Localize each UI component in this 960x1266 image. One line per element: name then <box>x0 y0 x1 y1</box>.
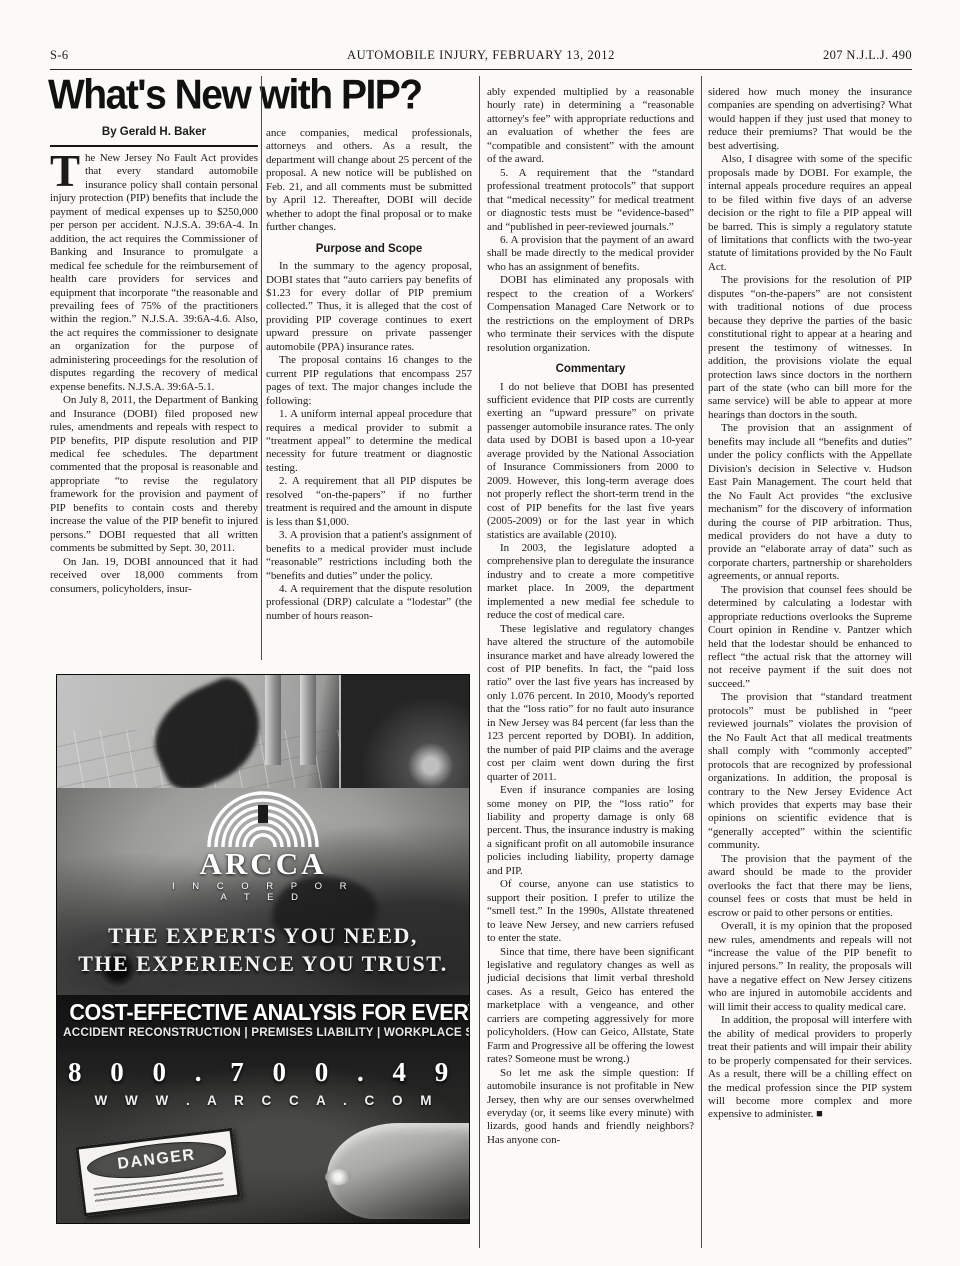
paragraph: On Jan. 19, DOBI announced that it had r… <box>50 556 258 596</box>
paragraph: ably expended multiplied by a reasonable… <box>487 86 694 167</box>
paragraph: 1. A uniform internal appeal procedure t… <box>266 408 472 475</box>
header-citation: 207 N.J.L.J. 490 <box>823 48 912 63</box>
ad-photo-saw-worker <box>341 675 469 788</box>
ad-tagline-line1: THE EXPERTS YOU NEED, <box>57 923 469 949</box>
ad-phone-number: 8 0 0 . 7 0 0 . 4 9 4 4 <box>57 1057 469 1088</box>
article-byline: By Gerald H. Baker <box>50 126 258 147</box>
column-rule-2 <box>479 76 480 1248</box>
arcca-arch-icon <box>199 787 327 849</box>
ad-photo-slip-and-fall <box>57 675 469 788</box>
paragraph: 2. A requirement that all PIP disputes b… <box>266 475 472 529</box>
paragraph: So let me ask the simple question: If au… <box>487 1067 694 1148</box>
paragraph: ance companies, medical professionals, a… <box>266 127 472 235</box>
paragraph: Since that time, there have been signifi… <box>487 946 694 1067</box>
page-header: S-6 AUTOMOBILE INJURY, FEBRUARY 13, 2012… <box>50 48 912 70</box>
paragraph: The provision that the payment of the aw… <box>708 853 912 920</box>
ad-brand-subtitle: I N C O R P O R A T E D <box>168 881 358 903</box>
paragraph: The proposal contains 16 changes to the … <box>266 354 472 408</box>
crashed-car-shape <box>327 1123 470 1219</box>
paragraph: DOBI has eliminated any proposals with r… <box>487 274 694 355</box>
paragraph: 6. A provision that the payment of an aw… <box>487 234 694 274</box>
newspaper-page: S-6 AUTOMOBILE INJURY, FEBRUARY 13, 2012… <box>0 0 960 1266</box>
paragraph: The provisions for the resolution of PIP… <box>708 274 912 422</box>
ad-lower-block: COST-EFFECTIVE ANALYSIS FOR EVERY CASE A… <box>57 995 469 1223</box>
article-column-2: ance companies, medical professionals, a… <box>266 127 472 658</box>
paragraph: In addition, the proposal will interfere… <box>708 1014 912 1122</box>
paragraph: Of course, anyone can use statistics to … <box>487 878 694 945</box>
arcca-logo: ARCCA I N C O R P O R A T E D <box>168 787 358 903</box>
article-column-1: The New Jersey No Fault Act provides tha… <box>50 152 258 658</box>
paragraph: 3. A provision that a patient's assignme… <box>266 529 472 583</box>
car-headlight-shape <box>325 1169 351 1185</box>
paragraph: I do not believe that DOBI has presented… <box>487 381 694 542</box>
column-rule-1 <box>261 76 262 660</box>
paragraph: The New Jersey No Fault Act provides tha… <box>50 152 258 394</box>
paragraph: 5. A requirement that the “standard prof… <box>487 167 694 234</box>
paragraph: In the summary to the agency proposal, D… <box>266 260 472 354</box>
ad-tagline-line2: THE EXPERIENCE YOU TRUST. <box>57 951 469 977</box>
paragraph: The provision that counsel fees should b… <box>708 584 912 692</box>
column-rule-3 <box>701 76 702 1248</box>
ad-website-url: W W W . A R C C A . C O M <box>57 1093 469 1108</box>
paragraph: The provision that an assignment of bene… <box>708 422 912 583</box>
header-publication-date: AUTOMOBILE INJURY, FEBRUARY 13, 2012 <box>50 48 912 63</box>
drop-cap: T <box>50 152 85 190</box>
article-column-3: ably expended multiplied by a reasonable… <box>487 86 694 1250</box>
paragraph: Even if insurance companies are losing s… <box>487 784 694 878</box>
mall-pillar <box>265 675 281 765</box>
mall-pillar <box>300 675 316 765</box>
arcca-advertisement: ARCCA I N C O R P O R A T E D THE EXPERT… <box>56 674 470 1224</box>
article-title: What's New with PIP? <box>48 72 478 120</box>
paragraph: In 2003, the legislature adopted a compr… <box>487 542 694 623</box>
ad-banner-title: COST-EFFECTIVE ANALYSIS FOR EVERY CASE <box>69 999 456 1026</box>
article-column-4: sidered how much money the insurance com… <box>708 86 912 1250</box>
paragraph: On July 8, 2011, the Department of Banki… <box>50 394 258 555</box>
paragraph: Overall, it is my opinion that the propo… <box>708 920 912 1014</box>
logo-plaque <box>258 805 268 823</box>
section-subhead-purpose-and-scope: Purpose and Scope <box>266 243 472 256</box>
paragraph: 4. A requirement that the dispute resolu… <box>266 583 472 623</box>
ad-services-list: ACCIDENT RECONSTRUCTION | PREMISES LIABI… <box>63 1025 463 1039</box>
paragraph: These legislative and regulatory changes… <box>487 623 694 784</box>
paragraph: sidered how much money the insurance com… <box>708 86 912 153</box>
paragraph: Also, I disagree with some of the specif… <box>708 153 912 274</box>
section-subhead-commentary: Commentary <box>487 363 694 376</box>
ad-brand-name: ARCCA <box>168 849 358 879</box>
paragraph: The provision that “standard treatment p… <box>708 691 912 852</box>
